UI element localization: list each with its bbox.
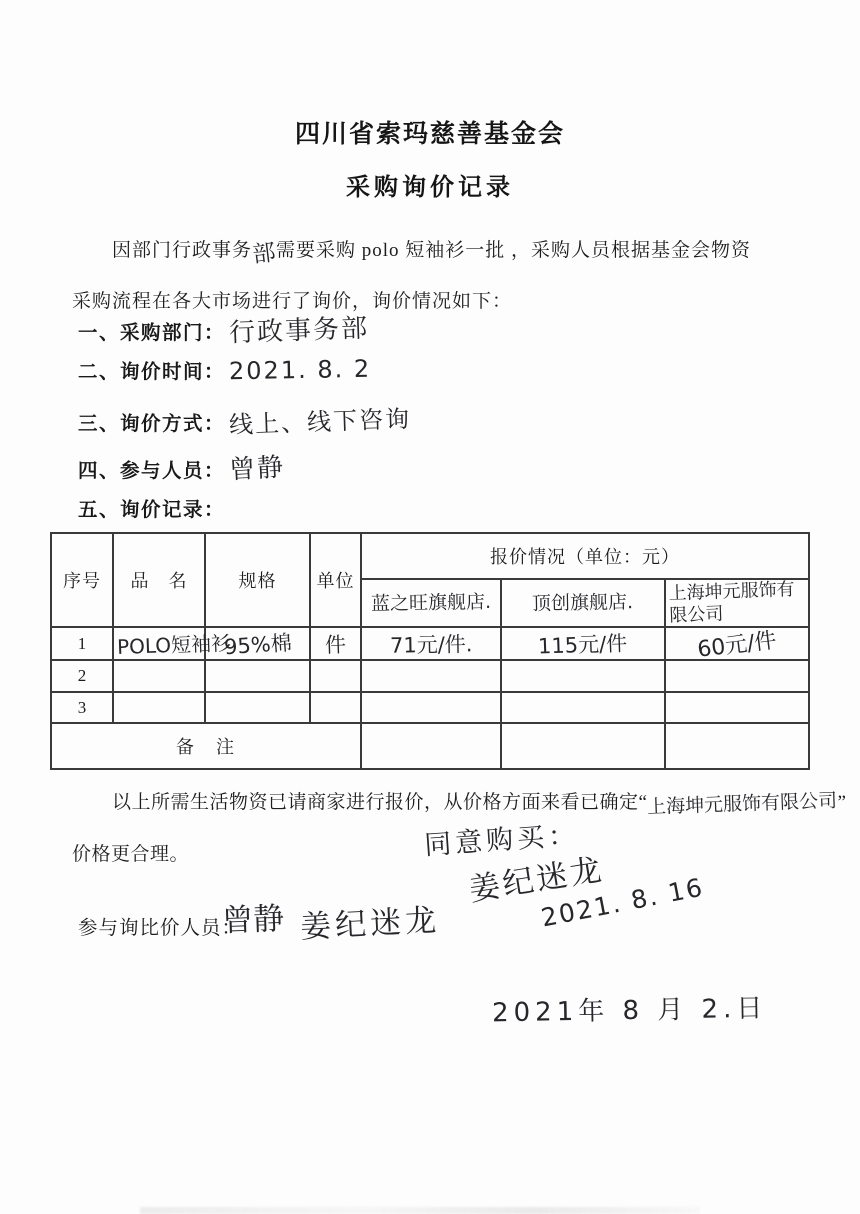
remark-value-2 [501,723,665,769]
cell-product-name [113,660,205,692]
remark-row: 备 注 [51,723,809,769]
header-serial-no: 序号 [51,533,113,627]
remark-value-3 [665,723,809,769]
cell-product-name [113,692,205,723]
handwritten-method: 线上、线下咨询 [228,399,411,440]
item-label: 三、询价方式： [78,414,225,435]
conclusion-printed-prefix: 以上所需生活物资已请商家进行报价，从价格方面来看已确定“ [112,792,647,813]
handwritten-date: 2021. 8. 2 [229,355,372,385]
vendor-name: 蓝之旺旗舰店. [371,591,491,615]
intro-line1-printed-rest: 需要采购 polo 短袖衫一批 ，采购人员根据基金会物资 [276,240,751,261]
cell-quote-3 [665,692,809,723]
header-unit: 单位 [310,533,361,627]
handwritten-company-name: 上海坤元服饰有限公司 [647,775,839,834]
cell-quote-1 [361,660,501,692]
table-row: 2 [51,660,809,692]
organization-title: 四川省索玛慈善基金会 [0,114,860,150]
cell-product-name: POLO短袖衫 [113,627,205,660]
cell-quote-1: 71元/件. [361,627,501,660]
vendor-shanghai-kunyuan: 上海坤元服饰有限公司 [665,579,809,627]
cell-quote-2 [501,692,665,723]
handwritten-signature-second: 姜纪迷龙 [299,894,441,946]
item-inquiry-record: 五、询价记录： [78,494,225,522]
header-quote-group: 报价情况（单位：元） [361,533,809,579]
table-row: 3 [51,692,809,723]
handwritten-spec: 95%棉 [223,626,293,661]
handwritten-quote: 115元/件 [538,627,628,660]
cell-spec [205,692,310,723]
document-title: 采购询价记录 [0,167,860,202]
quote-table: 序号 品 名 规格 单位 报价情况（单位：元） 蓝之旺旗舰店. 顶创旗舰店. 上… [50,532,810,770]
handwritten-quote: 71元/件. [389,628,472,659]
handwritten-unit: 件 [324,628,346,659]
header-product-name: 品 名 [113,533,205,627]
item-label: 一、采购部门： [78,323,225,344]
cell-spec [205,660,310,692]
item-label: 二、询价时间： [78,362,225,383]
handwritten-product-name: POLO短袖衫 [117,627,232,660]
intro-line-1: 因部门行政事务部需要采购 polo 短袖衫一批 ，采购人员根据基金会物资 [72,224,796,276]
remark-value-1 [361,723,501,769]
vendor-lanzhiwang: 蓝之旺旗舰店. [361,579,501,627]
vendor-dingchuang: 顶创旗舰店. [501,579,665,627]
item-label: 四、参与人员： [78,461,225,482]
cell-unit [310,660,361,692]
header-spec: 规格 [205,533,310,627]
handwritten-correction-char: 部 [250,228,280,282]
cell-quote-1 [361,692,501,723]
cell-unit [310,692,361,723]
row-no: 2 [51,660,113,692]
handwritten-signature-zengjing: 曾静 [221,893,285,940]
table-row: 1 POLO短袖衫 95%棉 件 71元/件. 115元/件 60元/件 [51,627,809,660]
conclusion-printed-suffix: ” [837,792,846,813]
scan-artifact [140,1207,700,1214]
handwritten-participant: 曾静 [228,447,286,487]
item-participants: 四、参与人员：曾静 [78,448,285,485]
item-label: 五、询价记录： [78,500,225,521]
row-no: 3 [51,692,113,723]
intro-line1-printed-prefix: 因部门行政事务 [112,240,252,261]
handwritten-quote: 60元/件 [696,623,779,663]
handwritten-bottom-date: 2021年 8 月 2.日 [492,988,768,1030]
cell-quote-3: 60元/件 [665,627,809,660]
cell-quote-2 [501,660,665,692]
item-inquiry-method: 三、询价方式：线上、线下咨询 [78,402,411,437]
remark-label: 备 注 [51,723,361,769]
row-no: 1 [51,627,113,660]
handwritten-department: 行政事务部 [228,308,369,350]
participants-label: 参与询比价人员： [78,912,242,940]
item-purchase-department: 一、采购部门：行政事务部 [78,310,369,347]
cell-quote-2: 115元/件 [501,627,665,660]
cell-quote-3 [665,660,809,692]
cell-unit: 件 [310,627,361,660]
vendor-name: 顶创旗舰店. [532,591,633,615]
vendor-name: 上海坤元服饰有限公司 [668,579,805,628]
item-inquiry-date: 二、询价时间：2021. 8. 2 [78,356,371,384]
